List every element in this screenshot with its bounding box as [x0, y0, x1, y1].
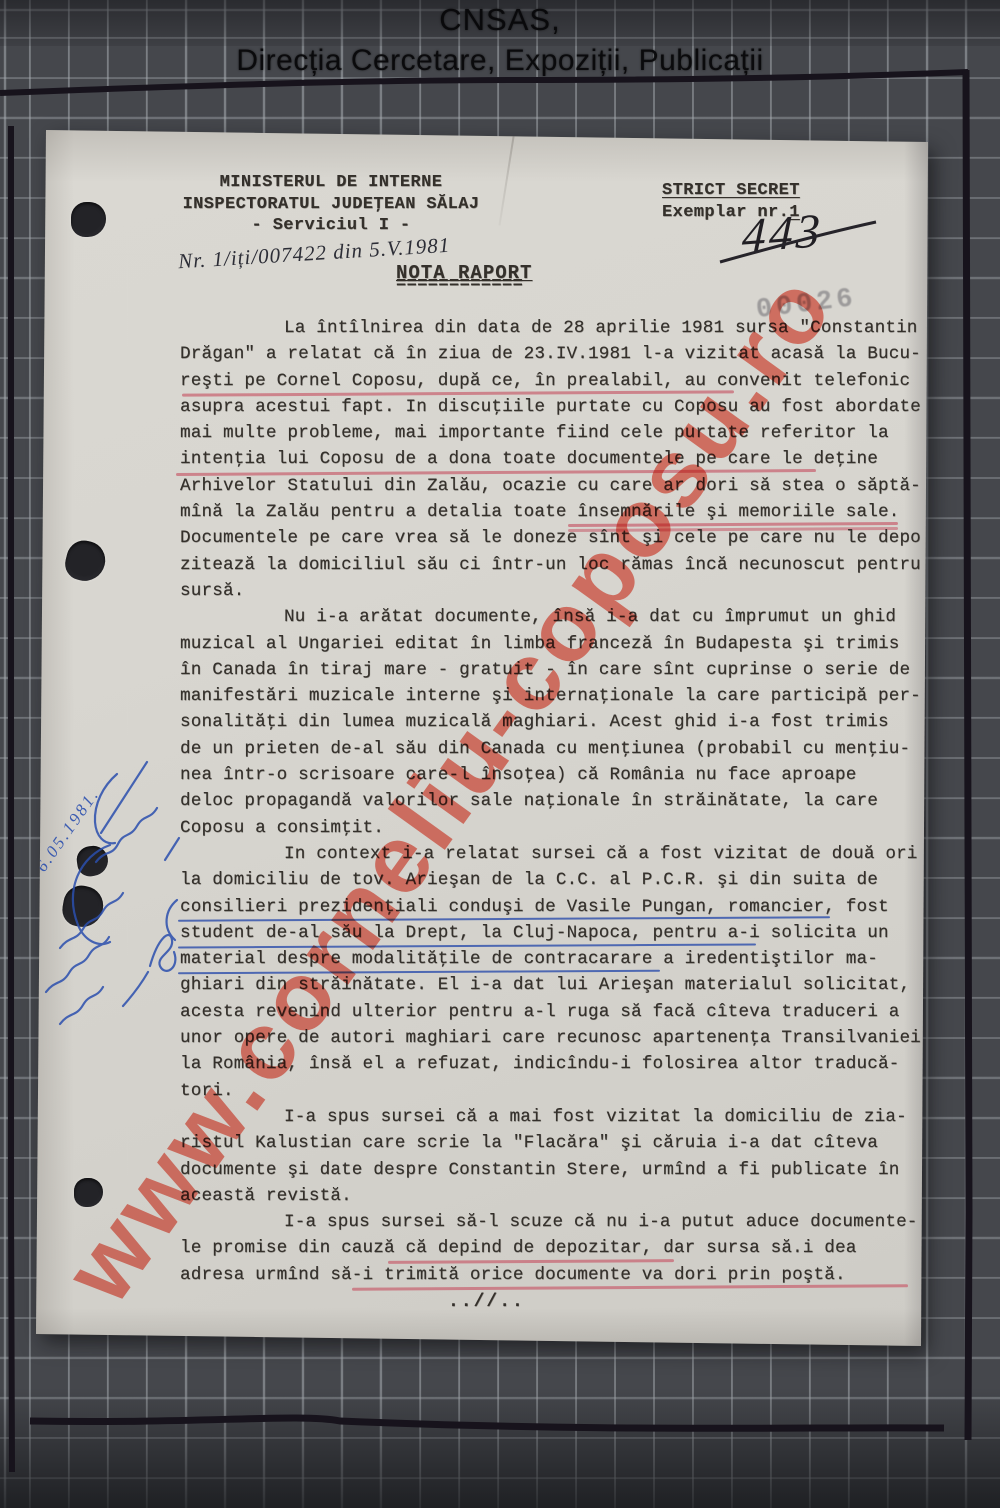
photo-caption: CNSAS, Direcția Cercetare, Expoziții, Pu…	[0, 2, 1000, 78]
typed-line: nea într-o scrisoare care-l însoţea) că …	[180, 765, 944, 791]
typed-line: deloc propagandă valorilor sale naţional…	[180, 791, 944, 817]
paper-crease	[499, 130, 516, 225]
typed-line-text: mînă la Zalău pentru a detalia toate îns…	[180, 502, 899, 522]
typed-line: intenţia lui Coposu de a dona toate docu…	[180, 449, 944, 475]
photo-scene: CNSAS, Direcția Cercetare, Expoziții, Pu…	[0, 0, 1000, 1508]
punch-hole	[62, 537, 110, 585]
typed-line: adresa urmînd să-i trimită orice documen…	[180, 1265, 944, 1291]
typed-line: le promise din cauză că depind de depozi…	[180, 1238, 944, 1264]
typed-line: asupra acestui fapt. In discuţiile purta…	[180, 397, 944, 423]
letterhead: MINISTERUL DE INTERNE INSPECTORATUL JUDE…	[178, 172, 484, 237]
typed-line-text: sursă.	[180, 581, 244, 601]
typed-line-text: documente şi date despre Constantin Ster…	[180, 1160, 899, 1180]
caption-line-1: CNSAS,	[0, 2, 1000, 38]
end-mark: ..//..	[448, 1292, 525, 1312]
typed-line-text: le promise din cauză că depind de depozi…	[180, 1238, 857, 1258]
typed-line: mai multe probleme, mai importante fiind…	[180, 423, 944, 449]
typed-line-text: adresa urmînd să-i trimită orice documen…	[180, 1265, 846, 1285]
title-underline: ============	[396, 275, 523, 294]
org-name-line-2: INSPECTORATUL JUDEŢEAN SĂLAJ	[178, 194, 484, 216]
underline-mark	[388, 1259, 674, 1264]
punch-hole	[71, 202, 106, 237]
punch-hole	[60, 883, 107, 930]
bottom-shadow	[0, 1388, 1000, 1508]
typed-line: această revistă.	[180, 1186, 944, 1212]
typed-line: In context i-a relatat sursei că a fost …	[180, 844, 944, 870]
typed-line-text: I-a spus sursei să-l scuze că nu i-a put…	[284, 1212, 918, 1232]
underline-mark	[352, 1284, 908, 1290]
typed-body: La întîlnirea din data de 28 aprilie 198…	[180, 318, 944, 1291]
typed-line: I-a spus sursei să-l scuze că nu i-a put…	[180, 1212, 944, 1238]
typed-line-text: I-a spus sursei că a mai fost vizitat la…	[284, 1107, 907, 1127]
typed-line-text: Arhivelor Statului din Zalău, ocazie cu …	[180, 476, 921, 496]
caption-line-2: Direcția Cercetare, Expoziții, Publicați…	[0, 44, 1000, 78]
typed-line: documente şi date despre Constantin Ster…	[180, 1160, 944, 1186]
org-name-line-1: MINISTERUL DE INTERNE	[178, 172, 484, 194]
typed-line: Coposu a consimţit.	[180, 818, 944, 844]
typed-line: ristul Kalustian care scrie la "Flacăra"…	[180, 1133, 944, 1159]
punch-hole	[75, 844, 110, 878]
